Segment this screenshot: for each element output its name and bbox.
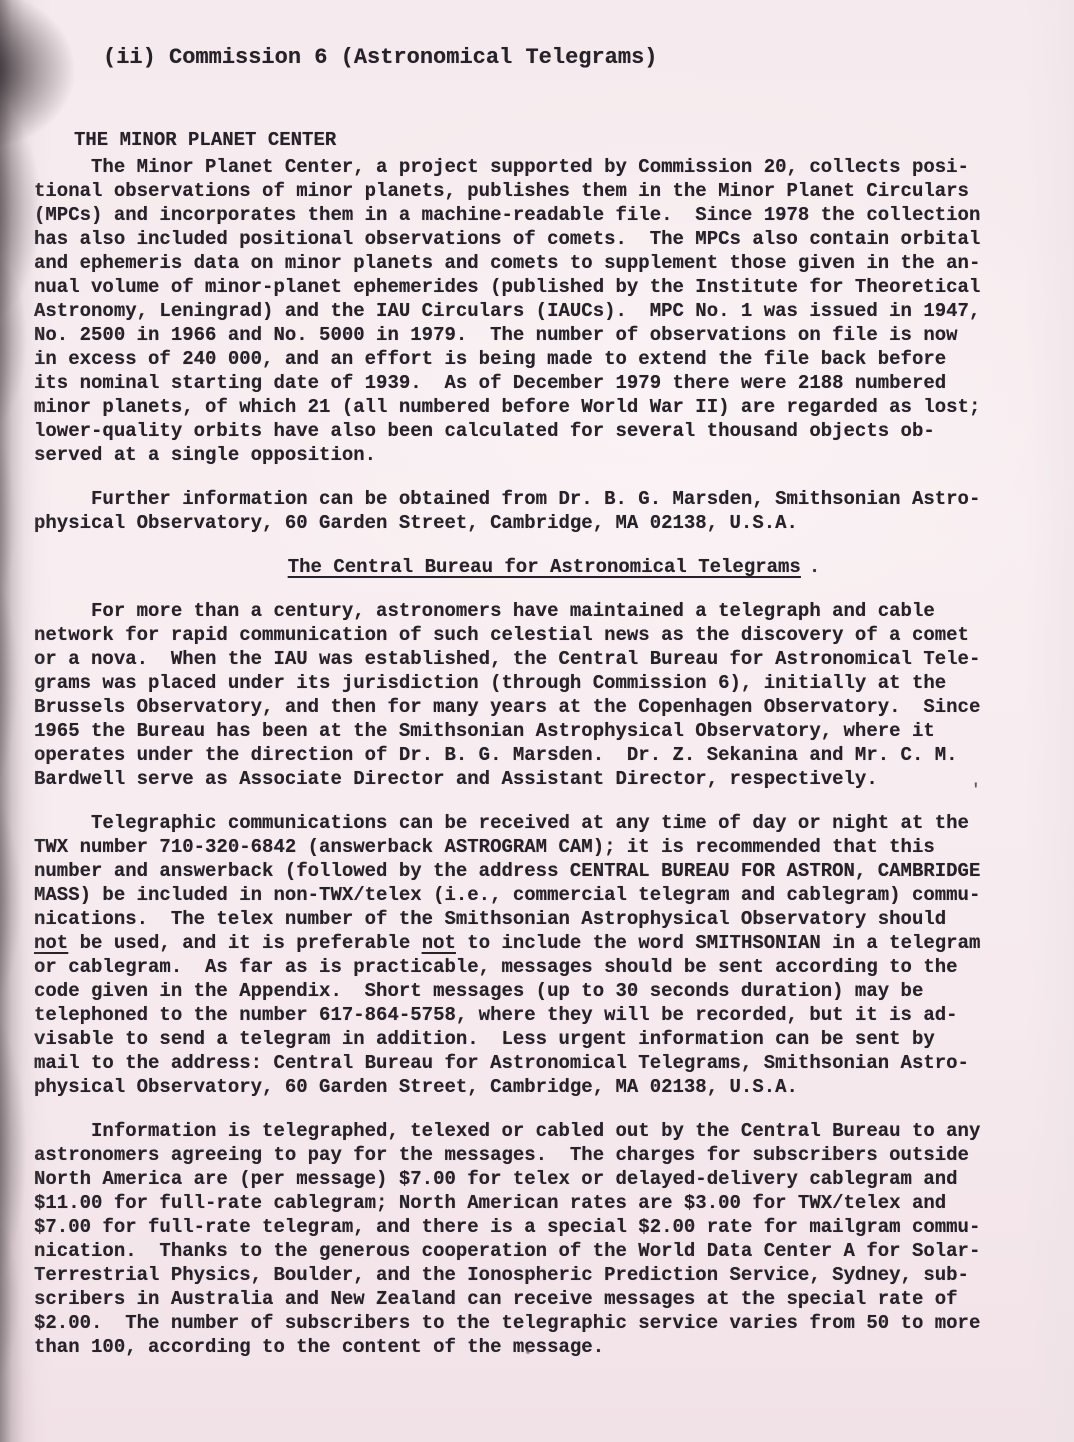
text-line: North America are (per message) $7.00 fo… [34,1167,1074,1191]
central-bureau-heading: The Central Bureau for Astronomical Tele… [288,556,801,578]
text-line: Further information can be obtained from… [34,487,1074,511]
section-central-bureau: The Central Bureau for Astronomical Tele… [34,555,1074,1359]
section-minor-planet-center: THE MINOR PLANET CENTER The Minor Planet… [34,128,1074,535]
text-line: visable to send a telegram in addition. … [34,1027,1074,1051]
text-line: or a nova. When the IAU was established,… [34,647,1074,671]
stray-period-mark: . [809,556,820,578]
text-line: mail to the address: Central Bureau for … [34,1051,1074,1075]
text-line: physical Observatory, 60 Garden Street, … [34,1075,1074,1099]
minor-planet-center-heading: THE MINOR PLANET CENTER [74,128,1074,152]
text-line: $2.00. The number of subscribers to the … [34,1311,1074,1335]
text-line: Bardwell serve as Associate Director and… [34,767,1074,791]
text-line: its nominal starting date of 1939. As of… [34,371,1074,395]
text-line: $7.00 for full-rate telegram, and there … [34,1215,1074,1239]
text-line: telephoned to the number 617-864-5758, w… [34,1003,1074,1027]
paragraph-mpc-overview: The Minor Planet Center, a project suppo… [34,155,1074,467]
paragraph-mpc-contact: Further information can be obtained from… [34,487,1074,535]
text-line: and ephemeris data on minor planets and … [34,251,1074,275]
text-line: 1965 the Bureau has been at the Smithson… [34,719,1074,743]
underlined-word: not [422,932,456,954]
text-line: has also included positional observation… [34,227,1074,251]
central-bureau-heading-row: The Central Bureau for Astronomical Tele… [34,555,1074,579]
text-line: nual volume of minor-planet ephemerides … [34,275,1074,299]
text-line: (MPCs) and incorporates them in a machin… [34,203,1074,227]
text-line: tional observations of minor planets, pu… [34,179,1074,203]
text-line: For more than a century, astronomers hav… [34,599,1074,623]
text-line: served at a single opposition. [34,443,1074,467]
text-line: minor planets, of which 21 (all numbered… [34,395,1074,419]
text-line: No. 2500 in 1966 and No. 5000 in 1979. T… [34,323,1074,347]
document-content: (ii) Commission 6 (Astronomical Telegram… [0,0,1074,1359]
page-title: (ii) Commission 6 (Astronomical Telegram… [103,0,1074,72]
text-line: lower-quality orbits have also been calc… [34,419,1074,443]
text-line: in excess of 240 000, and an effort is b… [34,347,1074,371]
paragraph-bureau-history: For more than a century, astronomers hav… [34,599,1074,791]
text-line: number and answerback (followed by the a… [34,859,1074,883]
text-line: physical Observatory, 60 Garden Street, … [34,511,1074,535]
text-line: than 100, according to the content of th… [34,1335,1074,1359]
text-line: $11.00 for full-rate cablegram; North Am… [34,1191,1074,1215]
text-line: grams was placed under its jurisdiction … [34,671,1074,695]
scanned-document-page: ' (ii) Commission 6 (Astronomical Telegr… [0,0,1074,1442]
paragraph-bureau-telegraphic: Telegraphic communications can be receiv… [34,811,1074,1099]
text-line: MASS) be included in non-TWX/telex (i.e.… [34,883,1074,907]
paragraph-bureau-charges: Information is telegraphed, telexed or c… [34,1119,1074,1359]
text-line: network for rapid communication of such … [34,623,1074,647]
text-line: Astronomy, Leningrad) and the IAU Circul… [34,299,1074,323]
text-line: operates under the direction of Dr. B. G… [34,743,1074,767]
text-line: astronomers agreeing to pay for the mess… [34,1143,1074,1167]
text-line: Telegraphic communications can be receiv… [34,811,1074,835]
text-line: Terrestrial Physics, Boulder, and the Io… [34,1263,1074,1287]
text-line: nication. Thanks to the generous coopera… [34,1239,1074,1263]
text-line: not be used, and it is preferable not to… [34,931,1074,955]
text-line: or cablegram. As far as is practicable, … [34,955,1074,979]
text-line: code given in the Appendix. Short messag… [34,979,1074,1003]
text-line: TWX number 710-320-6842 (answerback ASTR… [34,835,1074,859]
text-line: nications. The telex number of the Smith… [34,907,1074,931]
text-line: Brussels Observatory, and then for many … [34,695,1074,719]
text-line: Information is telegraphed, telexed or c… [34,1119,1074,1143]
text-line: scribers in Australia and New Zealand ca… [34,1287,1074,1311]
underlined-word: not [34,932,68,954]
text-line: The Minor Planet Center, a project suppo… [34,155,1074,179]
